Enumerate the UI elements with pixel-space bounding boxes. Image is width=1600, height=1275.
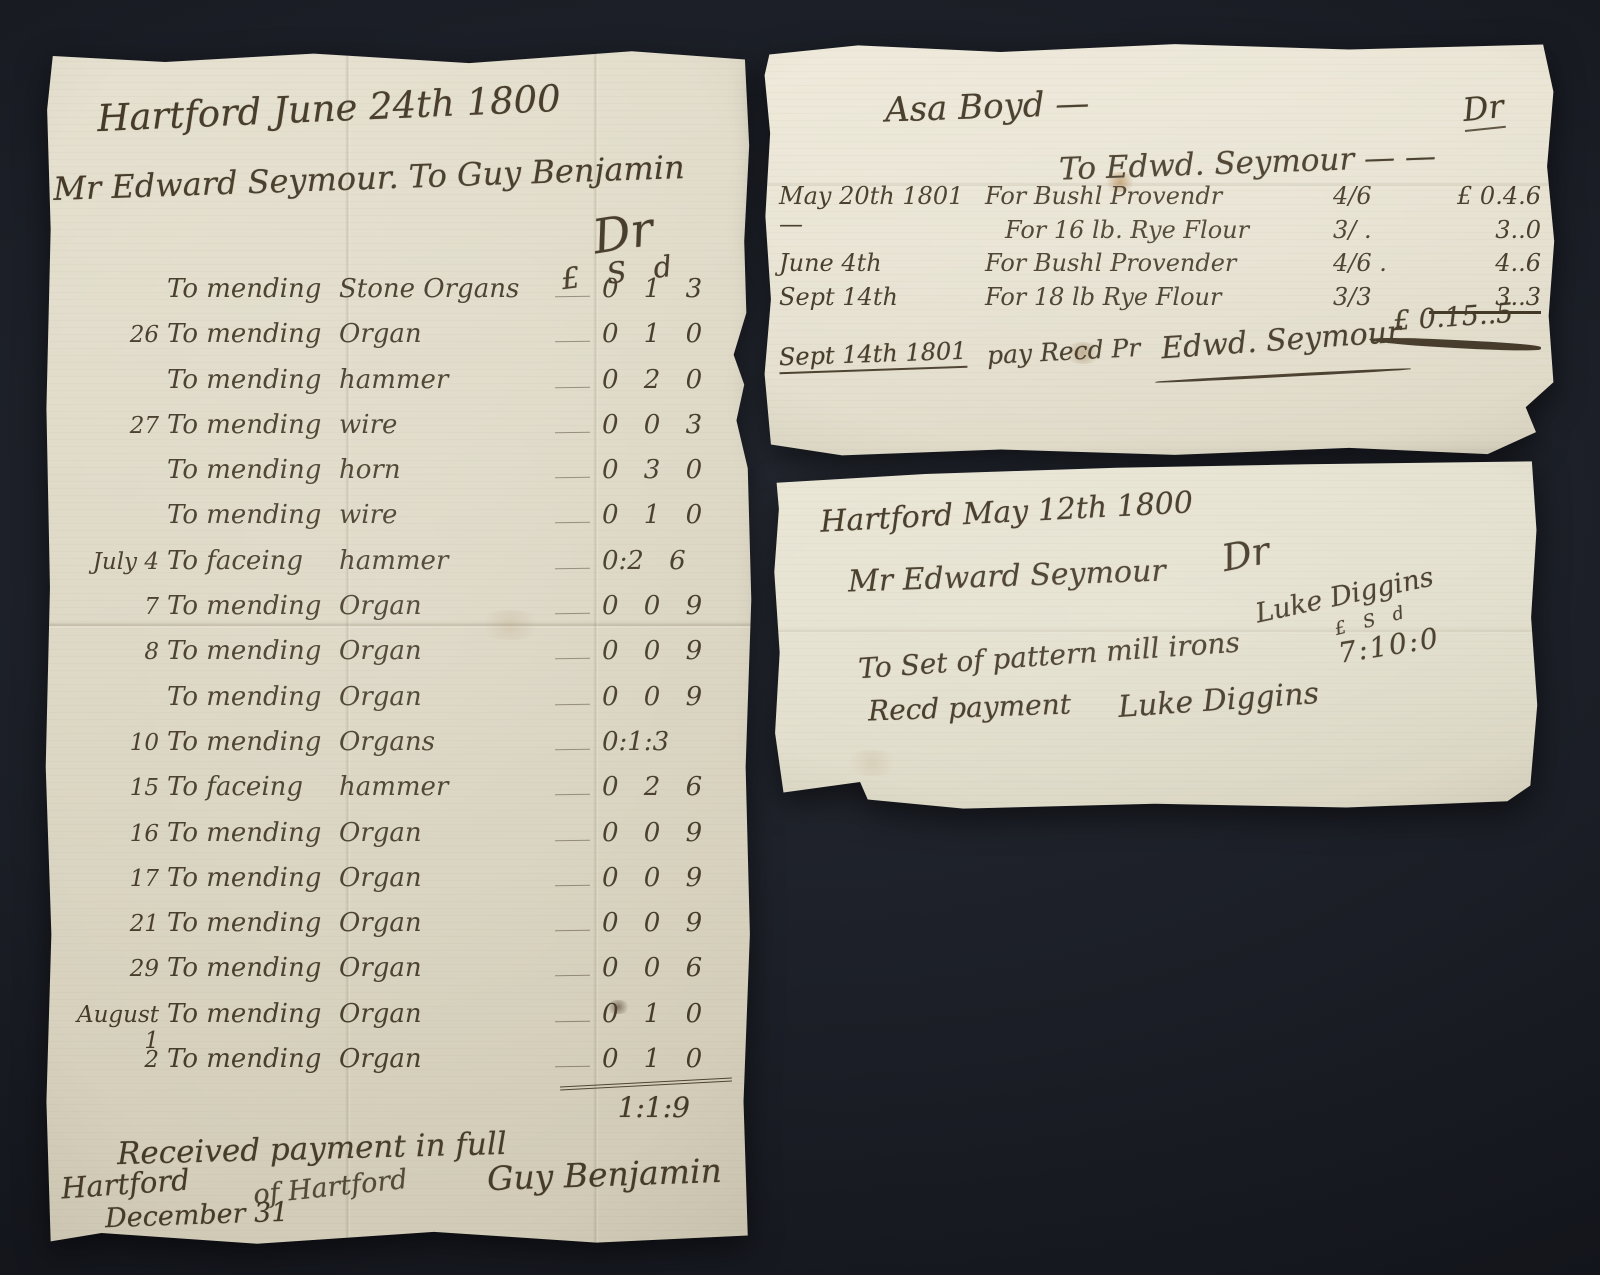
ledger-row: 7To mendingOrgan0 0 9 xyxy=(59,591,742,636)
entry-amount: 0 0 9 xyxy=(602,863,742,893)
bill-header: Mr Edward Seymour. To Guy Benjamin xyxy=(53,151,685,205)
footer-overlay-script: of Hartford xyxy=(252,1166,409,1209)
signature-underline xyxy=(1155,367,1411,383)
ruled-dash xyxy=(555,432,590,434)
debtor-name: Asa Boyd — xyxy=(884,86,1089,127)
entry-item: Organ xyxy=(339,636,551,666)
entry-action: To faceing xyxy=(167,546,339,576)
entry-amount: 0 0 9 xyxy=(602,636,742,666)
ledger-row: June 4thFor Bushl Provender4/6 .4..6 xyxy=(779,249,1541,283)
debit-mark: Dr xyxy=(1461,90,1506,132)
entry-rate: 3/ . xyxy=(1333,216,1429,244)
entry-action: To mending xyxy=(167,999,339,1029)
entry-action: To mending xyxy=(167,365,339,395)
entry-action: To mending xyxy=(167,500,339,530)
entry-item: Organ xyxy=(339,863,551,893)
entry-item: Organ xyxy=(339,1044,551,1074)
entry-amount: 0 2 0 xyxy=(602,365,742,395)
entry-item: Organ xyxy=(339,682,551,712)
entry-item: Organ xyxy=(339,818,551,848)
location-date: Hartford June 24th 1800 xyxy=(96,80,561,137)
entry-description: For Bushl Provendr xyxy=(985,182,1333,210)
entry-day: July 4 xyxy=(59,549,167,575)
ruled-dash xyxy=(555,885,590,887)
entry-item: Organ xyxy=(339,319,551,349)
ruled-dash xyxy=(555,975,590,977)
entry-action: To mending xyxy=(167,908,339,938)
entry-day: 29 xyxy=(59,956,167,982)
entry-action: To mending xyxy=(167,591,339,621)
entry-item: hammer xyxy=(339,772,551,802)
ruled-dash xyxy=(555,749,590,751)
ledger-row: 10To mendingOrgans0:1:3 xyxy=(59,727,742,772)
ledger-row: To mendingwire0 1 0 xyxy=(59,500,742,545)
entry-description: For 18 lb Rye Flour xyxy=(985,283,1333,311)
entry-amount: 0:2 6 xyxy=(602,546,742,576)
ledger-row: August 1To mendingOrgan0 1 0 xyxy=(59,999,742,1044)
entry-item: Organ xyxy=(339,999,551,1029)
entry-day: 15 xyxy=(59,775,167,801)
entry-amount: 0 0 9 xyxy=(602,682,742,712)
entry-day: 16 xyxy=(59,821,167,847)
ruled-dash xyxy=(555,296,590,298)
paper-sheet: Hartford May 12th 1800 Mr Edward Seymour… xyxy=(772,460,1538,810)
document-diggins-receipt: Hartford May 12th 1800 Mr Edward Seymour… xyxy=(772,460,1538,810)
entry-day: 21 xyxy=(59,911,167,937)
entry-day: 10 xyxy=(59,730,167,756)
ruled-dash xyxy=(555,839,590,841)
entry-amount: 0 0 3 xyxy=(602,410,742,440)
signature-guy-benjamin: Guy Benjamin xyxy=(486,1154,722,1195)
entry-action: To mending xyxy=(167,1044,339,1074)
ruled-dash xyxy=(555,567,590,569)
document-benjamin-invoice: Hartford June 24th 1800 Mr Edward Seymou… xyxy=(45,50,752,1245)
ledger-row: To mendinghorn0 3 0 xyxy=(59,455,742,500)
ruled-dash xyxy=(555,703,590,705)
entry-item: hammer xyxy=(339,365,551,395)
entry-amount: 0 0 6 xyxy=(602,953,742,983)
photo-background: Hartford June 24th 1800 Mr Edward Seymou… xyxy=(0,0,1600,1275)
location-date: Hartford May 12th 1800 xyxy=(819,488,1193,537)
ledger-row: July 4To faceinghammer0:2 6 xyxy=(59,546,742,591)
entry-amount: 0 3 0 xyxy=(602,455,742,485)
entry-amount: 0 0 9 xyxy=(602,591,742,621)
entry-item: horn xyxy=(339,455,551,485)
ledger-entries: To mendingStone Organs0 1 3 26To mending… xyxy=(59,274,742,1089)
entry-action: To mending xyxy=(167,636,339,666)
entry-item: Organ xyxy=(339,591,551,621)
paper-sheet: Asa Boyd — To Edwd. Seymour — — Dr May 2… xyxy=(763,42,1555,457)
ruled-dash xyxy=(555,930,590,932)
item-line: To Set of pattern mill irons xyxy=(857,629,1240,684)
entry-day: 8 xyxy=(59,639,167,665)
entry-date: June 4th xyxy=(779,249,985,277)
ledger-row: 27To mendingwire0 0 3 xyxy=(59,410,742,455)
entry-amount: 0 2 6 xyxy=(602,772,742,802)
total-amount: 1:1:9 xyxy=(618,1094,690,1122)
entry-item: Organs xyxy=(339,727,551,757)
entry-item: hammer xyxy=(339,546,551,576)
paper-sheet: Hartford June 24th 1800 Mr Edward Seymou… xyxy=(45,50,752,1245)
entry-item: Organ xyxy=(339,908,551,938)
entry-amount: 0 1 3 xyxy=(602,274,742,304)
creditor-line: To Edwd. Seymour — — xyxy=(1059,141,1437,185)
entry-day: 17 xyxy=(59,866,167,892)
entry-action: To mending xyxy=(167,274,339,304)
ledger-row: To mendinghammer0 2 0 xyxy=(59,365,742,410)
entry-day: 2 xyxy=(59,1047,167,1073)
entry-day: August 1 xyxy=(59,1002,167,1054)
entry-amount: 3..0 xyxy=(1429,216,1541,244)
signature-edw-seymour: Edwd. Seymour xyxy=(1160,318,1402,365)
entry-rate: 4/6 xyxy=(1333,182,1429,210)
ruled-dash xyxy=(555,341,590,343)
receipt-date: Sept 14th 1801 xyxy=(779,339,968,375)
entry-action: To mending xyxy=(167,953,339,983)
ledger-row: 16To mendingOrgan0 0 9 xyxy=(59,818,742,863)
debtor-name: Mr Edward Seymour xyxy=(848,556,1167,597)
entry-action: To mending xyxy=(167,410,339,440)
receipt-text: pay Recd Pr xyxy=(986,335,1140,368)
stain xyxy=(842,750,902,776)
entry-day: 27 xyxy=(59,413,167,439)
entry-action: To mending xyxy=(167,319,339,349)
entry-item: wire xyxy=(339,410,551,440)
ledger-row: To mendingOrgan0 0 9 xyxy=(59,682,742,727)
entry-rate: 4/6 . xyxy=(1333,249,1429,277)
received-text: Recd payment xyxy=(868,690,1072,725)
entry-date: Sept 14th xyxy=(779,283,985,311)
entry-action: To mending xyxy=(167,455,339,485)
ruled-dash xyxy=(555,613,590,615)
ledger-row: 15To faceinghammer0 2 6 xyxy=(59,772,742,817)
entry-action: To mending xyxy=(167,682,339,712)
ruled-dash xyxy=(555,1066,590,1068)
entry-amount: £ 0.4.6 xyxy=(1429,182,1541,210)
entry-amount: 0:1:3 xyxy=(602,727,742,757)
ledger-row: 29To mendingOrgan0 0 6 xyxy=(59,953,742,998)
entry-action: To mending xyxy=(167,818,339,848)
ledger-row: 21To mendingOrgan0 0 9 xyxy=(59,908,742,953)
ruled-dash xyxy=(555,658,590,660)
entry-amount: 0 1 0 xyxy=(602,500,742,530)
ledger-row: To mendingStone Organs0 1 3 xyxy=(59,274,742,319)
entry-amount: 4..6 xyxy=(1429,249,1541,277)
ledger-row: 8To mendingOrgan0 0 9 xyxy=(59,636,742,681)
entry-action: To mending xyxy=(167,863,339,893)
ledger-row: 26To mendingOrgan0 1 0 xyxy=(59,319,742,364)
signature-luke-diggins: Luke Diggins xyxy=(1117,679,1320,723)
ledger-row: May 20th 1801 —For Bushl Provendr4/6£ 0.… xyxy=(779,182,1541,216)
debit-mark: Dr xyxy=(1219,532,1273,577)
ruled-dash xyxy=(555,386,590,388)
ruled-dash xyxy=(555,794,590,796)
total-amount: £ 0.15..5 xyxy=(1392,300,1514,335)
entry-description: For 16 lb. Rye Flour xyxy=(985,216,1333,244)
entry-item: wire xyxy=(339,500,551,530)
ruled-dash xyxy=(555,477,590,479)
entry-day: 7 xyxy=(59,594,167,620)
entry-amount: 0 1 0 xyxy=(602,1044,742,1074)
entry-amount: 0 1 0 xyxy=(602,999,742,1029)
ledger-row: 17To mendingOrgan0 0 9 xyxy=(59,863,742,908)
entry-amount: 0 1 0 xyxy=(602,319,742,349)
ruled-dash xyxy=(555,1020,590,1022)
entry-date: May 20th 1801 — xyxy=(779,182,985,238)
entry-day: 26 xyxy=(59,322,167,348)
entry-amount: 0 0 9 xyxy=(602,908,742,938)
entry-description: For Bushl Provender xyxy=(985,249,1333,277)
ledger-entries: May 20th 1801 —For Bushl Provendr4/6£ 0.… xyxy=(779,182,1541,316)
footer-place: Hartford xyxy=(60,1166,190,1204)
entry-item: Stone Organs xyxy=(339,274,551,304)
entry-action: To mending xyxy=(167,727,339,757)
ruled-dash xyxy=(555,522,590,524)
entry-item: Organ xyxy=(339,953,551,983)
entry-action: To faceing xyxy=(167,772,339,802)
entry-amount: 0 0 9 xyxy=(602,818,742,848)
document-boyd-receipt: Asa Boyd — To Edwd. Seymour — — Dr May 2… xyxy=(763,42,1555,457)
